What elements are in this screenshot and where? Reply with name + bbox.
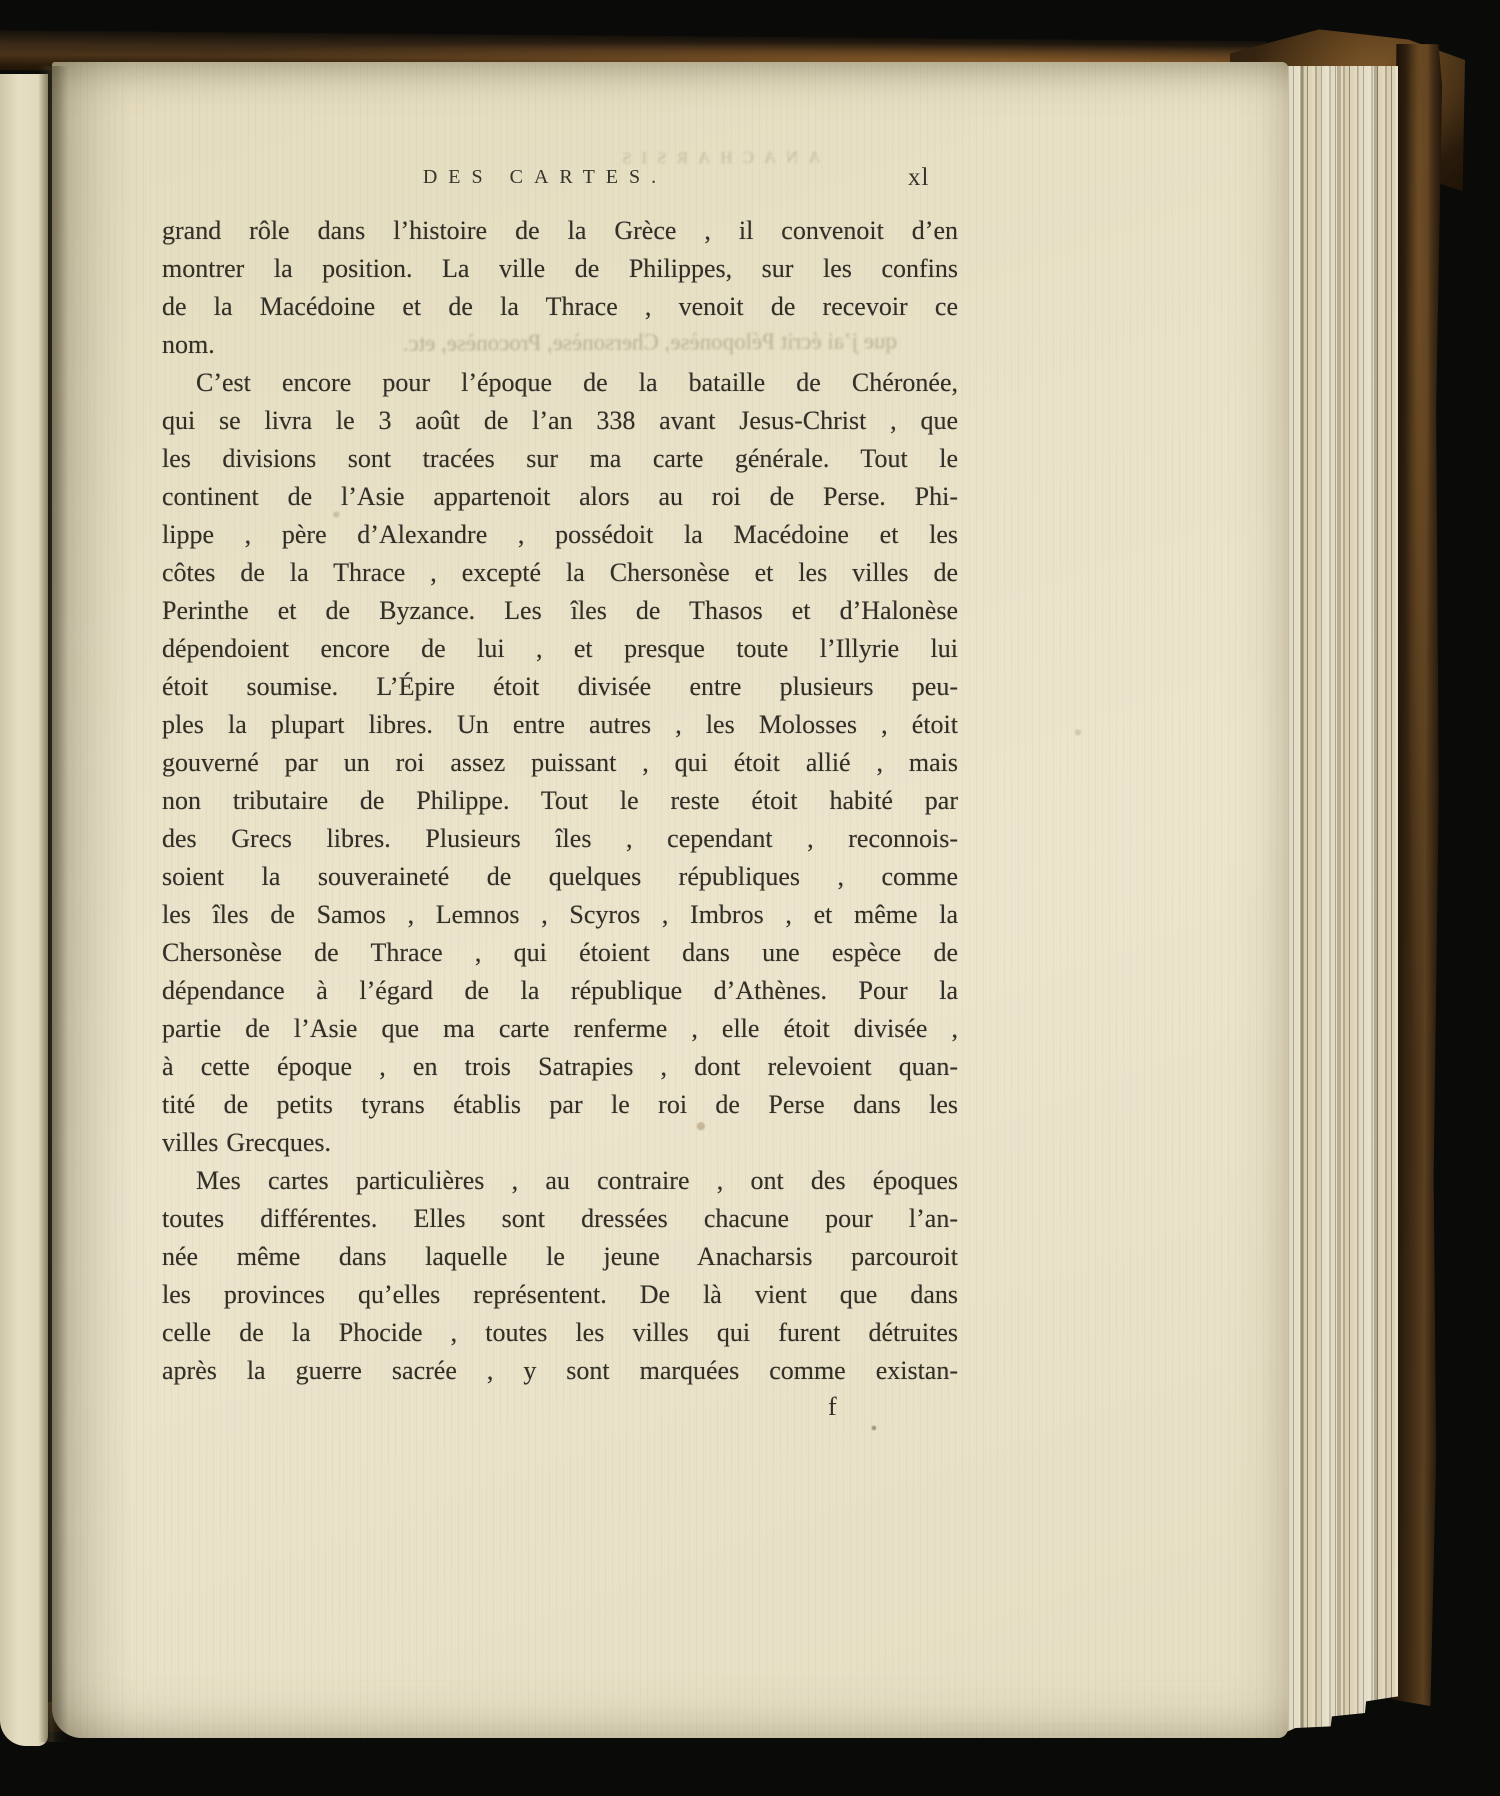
- text-line: les îles de Samos , Lemnos , Scyros , Im…: [162, 896, 958, 934]
- catchword: f: [828, 1392, 837, 1422]
- text-line: des Grecs libres. Plusieurs îles , cepen…: [162, 820, 958, 858]
- gutter-shadow: [38, 66, 68, 1742]
- text-line: Perinthe et de Byzance. Les îles de Thas…: [162, 592, 958, 630]
- book-scan: { "book_page": { "header": "DES CARTES."…: [0, 0, 1500, 1796]
- book-cover-right-edge: [1392, 44, 1442, 1706]
- text-line: ples la plupart libres. Un entre autres …: [162, 706, 958, 744]
- text-line: gouverné par un roi assez puissant , qui…: [162, 744, 958, 782]
- page: ANACHARSIS que j’ai écrit Péloponèse, Ch…: [52, 62, 1288, 1738]
- text-line: toutes différentes. Elles sont dressées …: [162, 1200, 958, 1238]
- fore-edge-pages: [1284, 66, 1398, 1733]
- text-line: C’est encore pour l’époque de la bataill…: [162, 364, 958, 402]
- text-line: les divisions sont tracées sur ma carte …: [162, 440, 958, 478]
- running-header: DES CARTES.: [345, 166, 745, 189]
- text-line: montrer la position. La ville de Philipp…: [162, 250, 958, 288]
- text-line: étoit soumise. L’Épire étoit divisée ent…: [162, 668, 958, 706]
- text-line: partie de l’Asie que ma carte renferme ,…: [162, 1010, 958, 1048]
- text-line: Chersonèse de Thrace , qui étoient dans …: [162, 934, 958, 972]
- text-line: tité de petits tyrans établis par le roi…: [162, 1086, 958, 1124]
- text-line: de la Macédoine et de la Thrace , venoit…: [162, 288, 958, 326]
- text-line: dépendance à l’égard de la république d’…: [162, 972, 958, 1010]
- text-line: qui se livra le 3 août de l’an 338 avant…: [162, 402, 958, 440]
- page-number: xl: [908, 164, 929, 192]
- text-line: continent de l’Asie appartenoit alors au…: [162, 478, 958, 516]
- text-line: nom.: [162, 326, 958, 364]
- text-line: celle de la Phocide , toutes les villes …: [162, 1314, 958, 1352]
- text-line: Mes cartes particulières , au contraire …: [162, 1162, 958, 1200]
- text-line: non tributaire de Philippe. Tout le rest…: [162, 782, 958, 820]
- text-line: grand rôle dans l’histoire de la Grèce ,…: [162, 212, 958, 250]
- text-line: soient la souveraineté de quelques répub…: [162, 858, 958, 896]
- text-line: dépendoient encore de lui , et presque t…: [162, 630, 958, 668]
- text-line: née même dans laquelle le jeune Anachars…: [162, 1238, 958, 1276]
- text-line: villes Grecques.: [162, 1124, 958, 1162]
- text-line: lippe , père d’Alexandre , possédoit la …: [162, 516, 958, 554]
- text-block: grand rôle dans l’histoire de la Grèce ,…: [162, 212, 958, 1390]
- text-line: côtes de la Thrace , excepté la Chersonè…: [162, 554, 958, 592]
- text-line: les provinces qu’elles représentent. De …: [162, 1276, 958, 1314]
- text-line: à cette époque , en trois Satrapies , do…: [162, 1048, 958, 1086]
- text-line: après la guerre sacrée , y sont marquées…: [162, 1352, 958, 1390]
